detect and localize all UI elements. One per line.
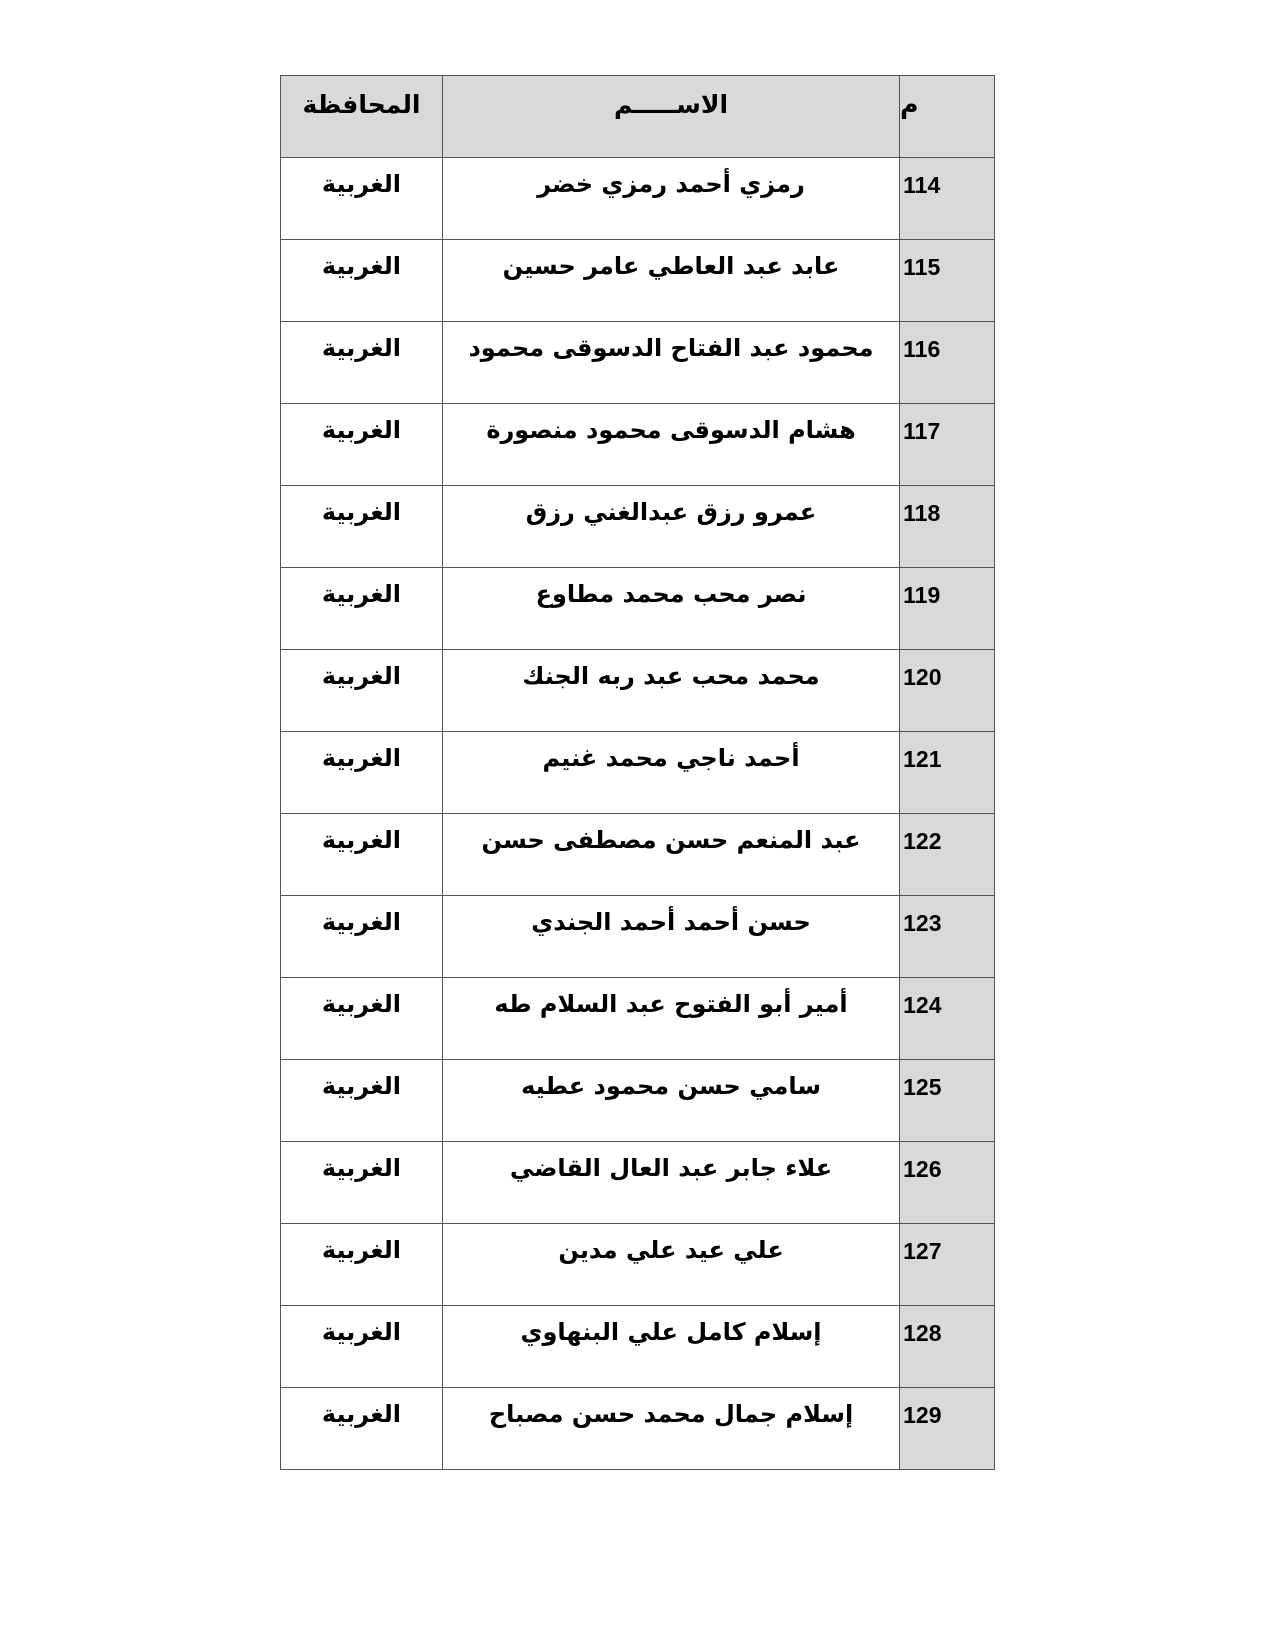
table-row: 122عبد المنعم حسن مصطفى حسنالغربية [281, 814, 995, 896]
table-row: 114رمزي أحمد رمزي خضرالغربية [281, 158, 995, 240]
row-number: 118 [900, 486, 994, 527]
table-row: 126علاء جابر عبد العال القاضيالغربية [281, 1142, 995, 1224]
row-governorate: الغربية [281, 404, 442, 444]
row-governorate-cell: الغربية [281, 158, 443, 240]
row-name: عبد المنعم حسن مصطفى حسن [443, 814, 899, 854]
table-body: 114رمزي أحمد رمزي خضرالغربية115عابد عبد … [281, 158, 995, 1470]
table-row: 128إسلام كامل علي البنهاويالغربية [281, 1306, 995, 1388]
header-governorate: المحافظة [281, 76, 443, 158]
row-number-cell: 121 [900, 732, 995, 814]
row-governorate: الغربية [281, 322, 442, 362]
row-name-cell: عابد عبد العاطي عامر حسين [442, 240, 899, 322]
row-name: عابد عبد العاطي عامر حسين [443, 240, 899, 280]
row-name: محمود عبد الفتاح الدسوقى محمود [443, 322, 899, 362]
row-governorate-cell: الغربية [281, 1142, 443, 1224]
header-number-label: م [900, 76, 994, 119]
row-name: أمير أبو الفتوح عبد السلام طه [443, 978, 899, 1018]
row-name-cell: حسن أحمد أحمد الجندي [442, 896, 899, 978]
row-name-cell: نصر محب محمد مطاوع [442, 568, 899, 650]
row-governorate: الغربية [281, 814, 442, 854]
row-name-cell: عبد المنعم حسن مصطفى حسن [442, 814, 899, 896]
row-name-cell: إسلام جمال محمد حسن مصباح [442, 1388, 899, 1470]
row-name-cell: محمود عبد الفتاح الدسوقى محمود [442, 322, 899, 404]
row-name-cell: علي عيد علي مدين [442, 1224, 899, 1306]
row-governorate: الغربية [281, 1142, 442, 1182]
row-name: إسلام جمال محمد حسن مصباح [443, 1388, 899, 1428]
row-number-cell: 117 [900, 404, 995, 486]
row-name: إسلام كامل علي البنهاوي [443, 1306, 899, 1346]
row-number-cell: 118 [900, 486, 995, 568]
row-name-cell: عمرو رزق عبدالغني رزق [442, 486, 899, 568]
row-number: 116 [900, 322, 994, 363]
row-governorate-cell: الغربية [281, 486, 443, 568]
row-governorate: الغربية [281, 158, 442, 198]
table-header: م الاســـــم المحافظة [281, 76, 995, 158]
row-governorate-cell: الغربية [281, 896, 443, 978]
row-governorate: الغربية [281, 486, 442, 526]
row-governorate-cell: الغربية [281, 1306, 443, 1388]
header-row: م الاســـــم المحافظة [281, 76, 995, 158]
header-name-label: الاســـــم [443, 76, 899, 119]
row-name-cell: أمير أبو الفتوح عبد السلام طه [442, 978, 899, 1060]
row-name-cell: محمد محب عبد ربه الجنك [442, 650, 899, 732]
row-number: 126 [900, 1142, 994, 1183]
row-governorate-cell: الغربية [281, 650, 443, 732]
row-number-cell: 115 [900, 240, 995, 322]
names-table: م الاســـــم المحافظة 114رمزي أحمد رمزي … [280, 75, 995, 1470]
row-governorate-cell: الغربية [281, 568, 443, 650]
row-name: حسن أحمد أحمد الجندي [443, 896, 899, 936]
table-row: 129إسلام جمال محمد حسن مصباحالغربية [281, 1388, 995, 1470]
row-governorate: الغربية [281, 732, 442, 772]
row-number-cell: 122 [900, 814, 995, 896]
row-name: علاء جابر عبد العال القاضي [443, 1142, 899, 1182]
row-name-cell: علاء جابر عبد العال القاضي [442, 1142, 899, 1224]
row-number: 121 [900, 732, 994, 773]
row-name-cell: هشام الدسوقى محمود منصورة [442, 404, 899, 486]
row-name: نصر محب محمد مطاوع [443, 568, 899, 608]
row-governorate-cell: الغربية [281, 404, 443, 486]
row-governorate: الغربية [281, 240, 442, 280]
row-name: سامي حسن محمود عطيه [443, 1060, 899, 1100]
row-governorate: الغربية [281, 1060, 442, 1100]
row-name: عمرو رزق عبدالغني رزق [443, 486, 899, 526]
row-number: 117 [900, 404, 994, 445]
header-number: م [900, 76, 995, 158]
row-name-cell: أحمد ناجي محمد غنيم [442, 732, 899, 814]
row-number-cell: 119 [900, 568, 995, 650]
row-number: 122 [900, 814, 994, 855]
row-name-cell: إسلام كامل علي البنهاوي [442, 1306, 899, 1388]
table-row: 125سامي حسن محمود عطيهالغربية [281, 1060, 995, 1142]
row-name: أحمد ناجي محمد غنيم [443, 732, 899, 772]
row-governorate-cell: الغربية [281, 978, 443, 1060]
row-governorate: الغربية [281, 1306, 442, 1346]
table-row: 120محمد محب عبد ربه الجنكالغربية [281, 650, 995, 732]
document-page: م الاســـــم المحافظة 114رمزي أحمد رمزي … [0, 0, 1275, 1650]
row-governorate-cell: الغربية [281, 240, 443, 322]
row-number-cell: 128 [900, 1306, 995, 1388]
row-number-cell: 125 [900, 1060, 995, 1142]
table-row: 117هشام الدسوقى محمود منصورةالغربية [281, 404, 995, 486]
row-governorate-cell: الغربية [281, 732, 443, 814]
header-name: الاســـــم [442, 76, 899, 158]
row-governorate-cell: الغربية [281, 1060, 443, 1142]
row-number-cell: 126 [900, 1142, 995, 1224]
table-row: 119نصر محب محمد مطاوعالغربية [281, 568, 995, 650]
table-row: 127علي عيد علي مدينالغربية [281, 1224, 995, 1306]
table-row: 121أحمد ناجي محمد غنيمالغربية [281, 732, 995, 814]
row-governorate: الغربية [281, 1224, 442, 1264]
table-row: 115عابد عبد العاطي عامر حسينالغربية [281, 240, 995, 322]
row-governorate: الغربية [281, 896, 442, 936]
row-name: هشام الدسوقى محمود منصورة [443, 404, 899, 444]
row-number: 115 [900, 240, 994, 281]
row-governorate-cell: الغربية [281, 814, 443, 896]
row-number: 123 [900, 896, 994, 937]
row-number-cell: 127 [900, 1224, 995, 1306]
row-name: محمد محب عبد ربه الجنك [443, 650, 899, 690]
row-name: علي عيد علي مدين [443, 1224, 899, 1264]
row-number: 124 [900, 978, 994, 1019]
table-row: 116محمود عبد الفتاح الدسوقى محمودالغربية [281, 322, 995, 404]
row-number: 114 [900, 158, 994, 199]
row-number: 120 [900, 650, 994, 691]
row-governorate: الغربية [281, 1388, 442, 1428]
row-number-cell: 124 [900, 978, 995, 1060]
table-row: 124أمير أبو الفتوح عبد السلام طهالغربية [281, 978, 995, 1060]
row-governorate-cell: الغربية [281, 322, 443, 404]
row-name: رمزي أحمد رمزي خضر [443, 158, 899, 198]
row-number: 128 [900, 1306, 994, 1347]
row-number: 119 [900, 568, 994, 609]
row-number-cell: 114 [900, 158, 995, 240]
row-governorate: الغربية [281, 650, 442, 690]
row-number-cell: 123 [900, 896, 995, 978]
row-number-cell: 116 [900, 322, 995, 404]
row-governorate-cell: الغربية [281, 1224, 443, 1306]
row-governorate-cell: الغربية [281, 1388, 443, 1470]
header-governorate-label: المحافظة [281, 76, 442, 119]
row-name-cell: رمزي أحمد رمزي خضر [442, 158, 899, 240]
table-row: 123حسن أحمد أحمد الجنديالغربية [281, 896, 995, 978]
row-number: 127 [900, 1224, 994, 1265]
row-number-cell: 129 [900, 1388, 995, 1470]
row-governorate: الغربية [281, 568, 442, 608]
row-number: 129 [900, 1388, 994, 1429]
row-name-cell: سامي حسن محمود عطيه [442, 1060, 899, 1142]
row-number-cell: 120 [900, 650, 995, 732]
row-governorate: الغربية [281, 978, 442, 1018]
table-row: 118عمرو رزق عبدالغني رزقالغربية [281, 486, 995, 568]
row-number: 125 [900, 1060, 994, 1101]
